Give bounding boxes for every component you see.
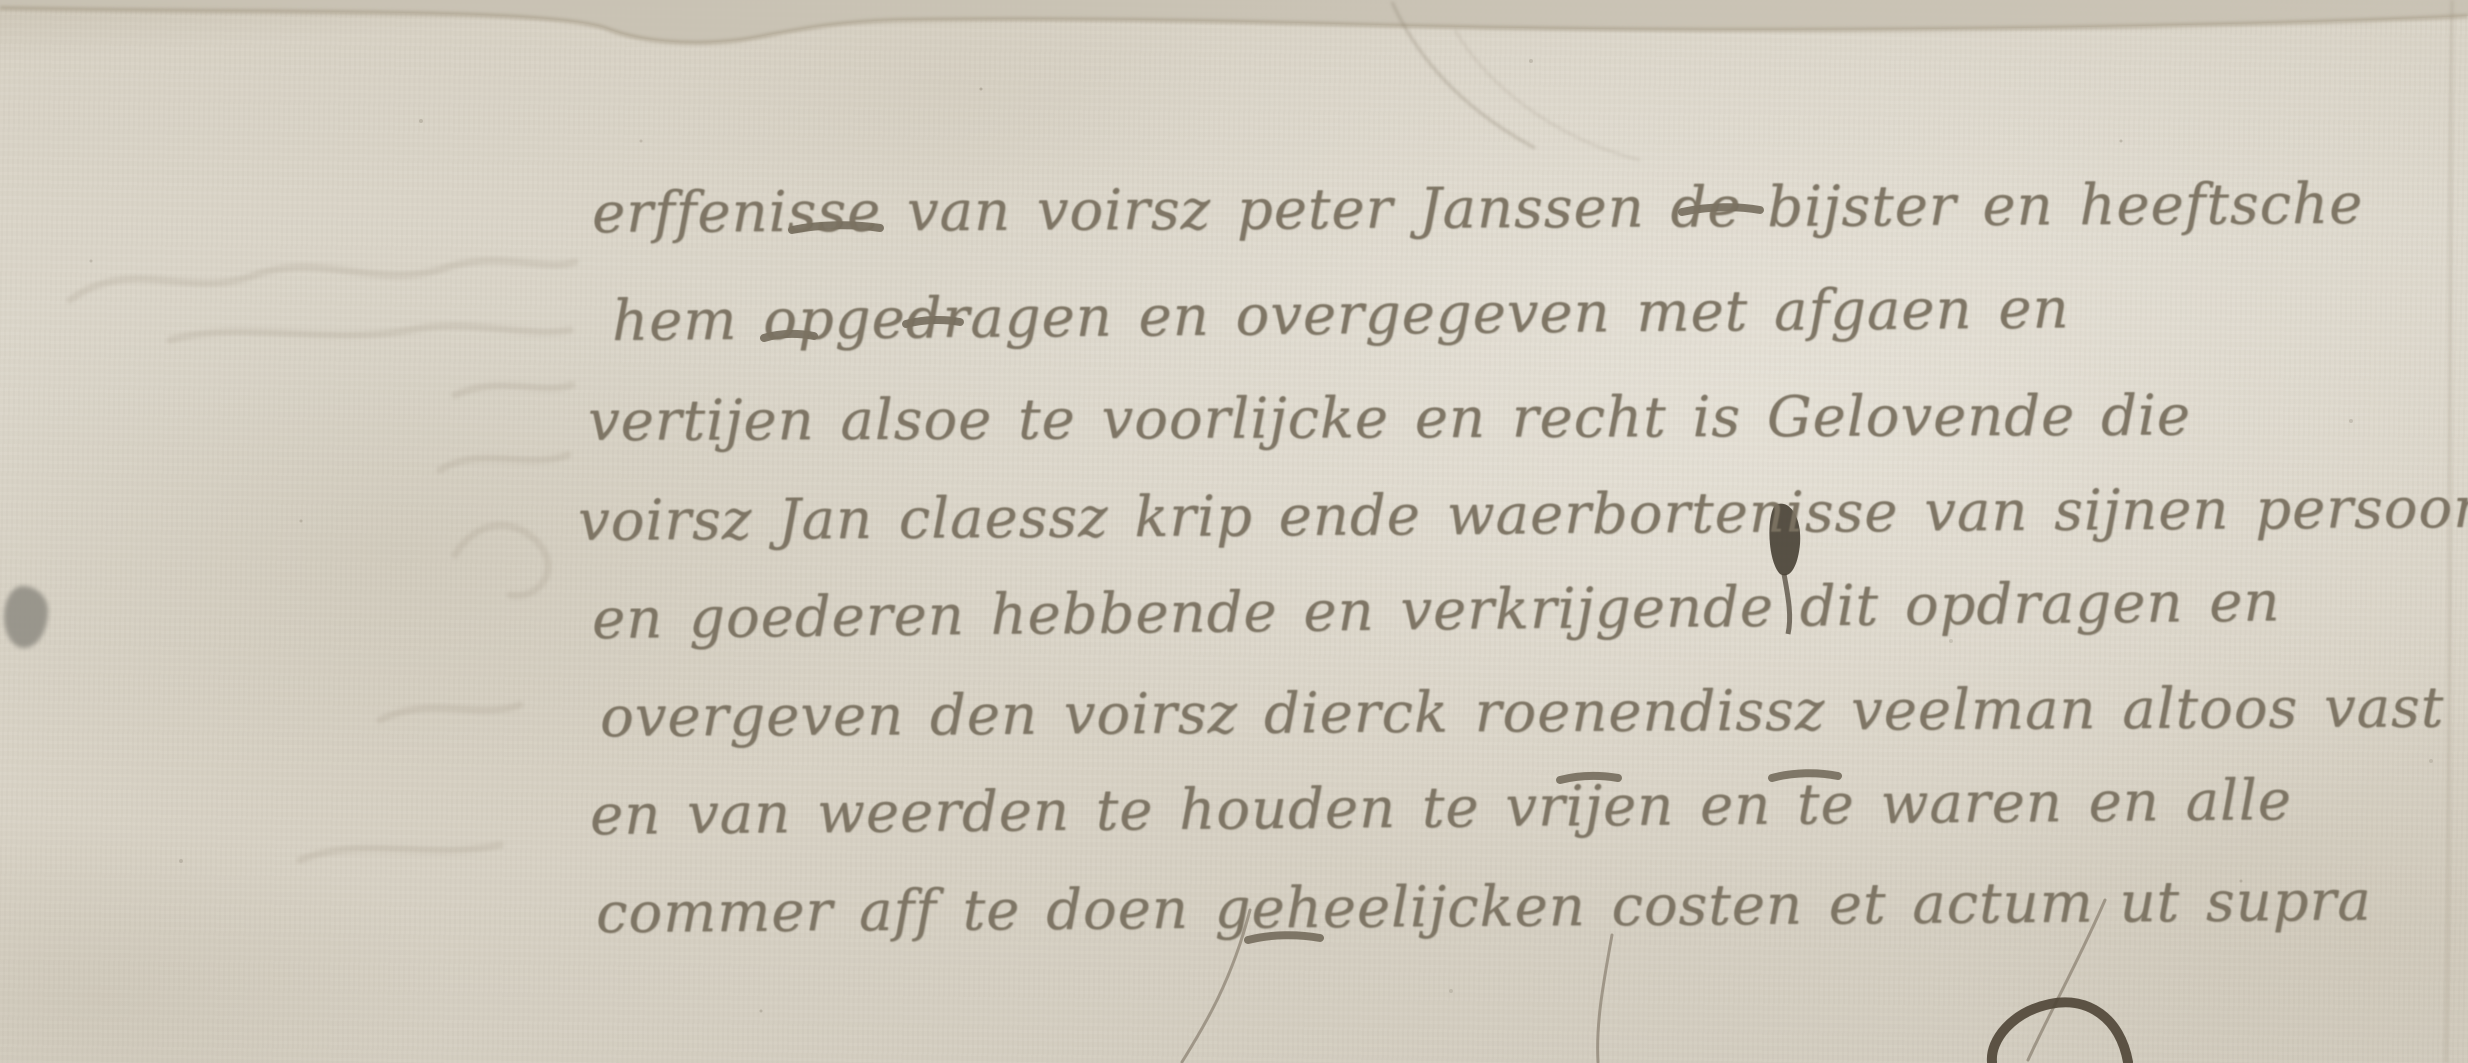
paper-speckles bbox=[0, 0, 2, 2]
page-top-edge bbox=[0, 0, 2468, 43]
verso-show-through bbox=[70, 261, 575, 860]
manuscript-page: erffenisse van voirsz peter Janssen de b… bbox=[0, 0, 2468, 1063]
gray-smudge bbox=[4, 586, 48, 648]
manuscript-line-4: voirsz Jan claessz krip ende waerborteni… bbox=[578, 478, 2468, 553]
manuscript-line-5: en goederen hebbende en verkrijgende dit… bbox=[592, 571, 2281, 650]
manuscript-line-7: en van weerden te houden te vrijen en te… bbox=[590, 770, 2292, 846]
next-entry-initial-fragment bbox=[1992, 1002, 2128, 1062]
fold-crease-topright-2 bbox=[1455, 30, 1640, 160]
manuscript-line-3: vertijen alsoe te voorlijcke en recht is… bbox=[588, 385, 2191, 452]
manuscript-line-2: hem opgedragen en overgegeven met afgaen… bbox=[612, 278, 2070, 352]
manuscript-line-6: overgeven den voirsz dierck roenendissz … bbox=[600, 677, 2445, 748]
manuscript-line-8: commer aff te doen geheelijcken costen e… bbox=[596, 871, 2372, 945]
fold-crease-topright bbox=[1392, 2, 1535, 148]
manuscript-line-1: erffenisse van voirsz peter Janssen de b… bbox=[592, 174, 2364, 245]
page-top-edge-shadow bbox=[0, 8, 2468, 43]
